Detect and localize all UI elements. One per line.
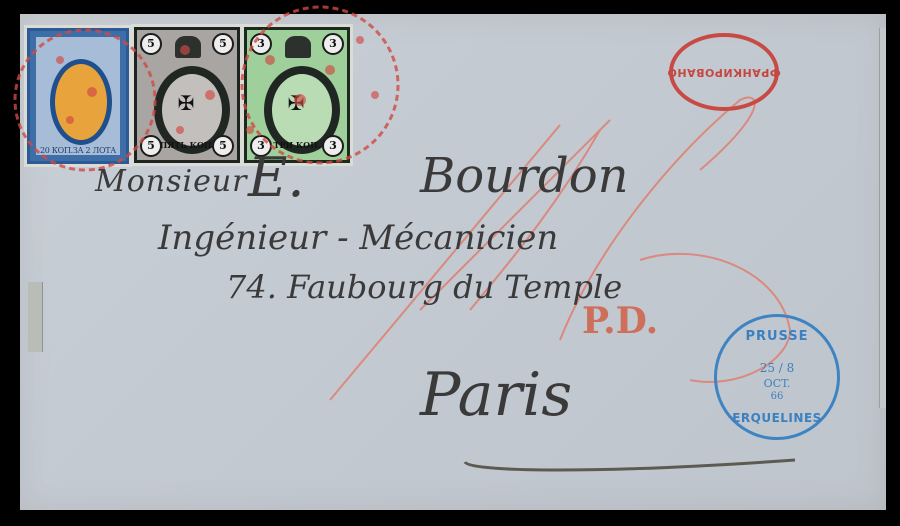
address-profession: Ingénieur - Mécanicien — [158, 218, 558, 258]
postmark-top-text: PRUSSE — [717, 329, 837, 344]
corner-value: 3 — [250, 33, 272, 55]
stamp-center-oval — [50, 59, 112, 145]
corner-value: 5 — [212, 33, 234, 55]
pd-handstamp: P.D. — [582, 300, 658, 342]
address-salutation: Monsieur — [95, 164, 248, 199]
crown-icon — [285, 36, 311, 58]
double-eagle-icon: ✠ — [285, 92, 307, 114]
flap-edge — [28, 282, 43, 352]
stamp-inscription: ПЯТЬ КОП. — [157, 140, 217, 150]
stamp-5-kop: ✠ 5 5 5 5 ПЯТЬ КОП. — [134, 27, 240, 163]
corner-value: 5 — [140, 33, 162, 55]
address-street: 74. Faubourg du Temple — [226, 268, 622, 306]
franked-text: ФРАНКИРОВАНО — [667, 66, 781, 79]
stamp-inscription: 20 КОП.ЗА 2 ЛОТА — [32, 146, 124, 155]
corner-value: 3 — [322, 33, 344, 55]
crown-icon — [175, 36, 201, 58]
right-fold-edge — [879, 28, 886, 408]
postmark-date: 25 / 8 — [717, 361, 837, 375]
stamp-20-kop: 20 КОП.ЗА 2 ЛОТА — [27, 28, 129, 164]
prusse-erquelines-postmark: PRUSSE 25 / 8 OCT. 66 ERQUELINES — [714, 314, 840, 440]
postmark-month: OCT. — [717, 377, 837, 390]
address-city: Paris — [420, 360, 572, 430]
postmark-bottom-text: ERQUELINES — [717, 411, 837, 425]
postmark-year: 66 — [717, 391, 837, 402]
address-initial: E. — [248, 146, 305, 209]
double-eagle-icon: ✠ — [175, 92, 197, 114]
address-name: Bourdon — [420, 148, 629, 204]
stamp-3-kop: ✠ 3 3 3 3 ТРИ КОП. — [244, 27, 350, 163]
franked-oval-handstamp: ФРАНКИРОВАНО — [669, 33, 779, 111]
